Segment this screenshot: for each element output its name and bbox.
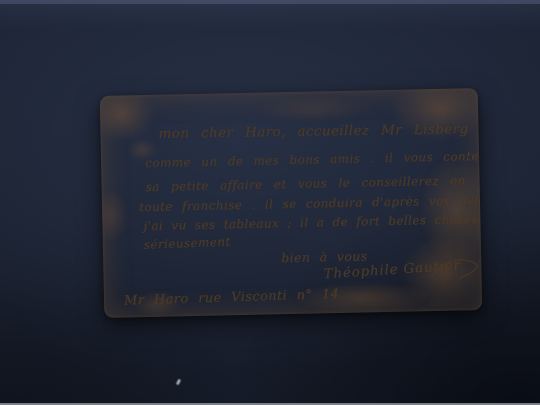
dust-speck	[176, 379, 181, 386]
letter-line: sa petite affaire et vous le conseillere…	[145, 173, 465, 194]
foxing-stain	[100, 187, 129, 244]
letter-line: sérieusement	[144, 235, 231, 252]
signature-flourish	[429, 254, 482, 285]
handwritten-card: mon cher Haro, accueillez Mr Lisberg com…	[100, 88, 483, 318]
photo-background: mon cher Haro, accueillez Mr Lisberg com…	[0, 0, 540, 405]
foxing-stain	[248, 94, 379, 125]
photo-top-light-edge	[0, 0, 540, 4]
foxing-stain	[100, 88, 155, 142]
valediction: bien à vous	[281, 248, 368, 265]
